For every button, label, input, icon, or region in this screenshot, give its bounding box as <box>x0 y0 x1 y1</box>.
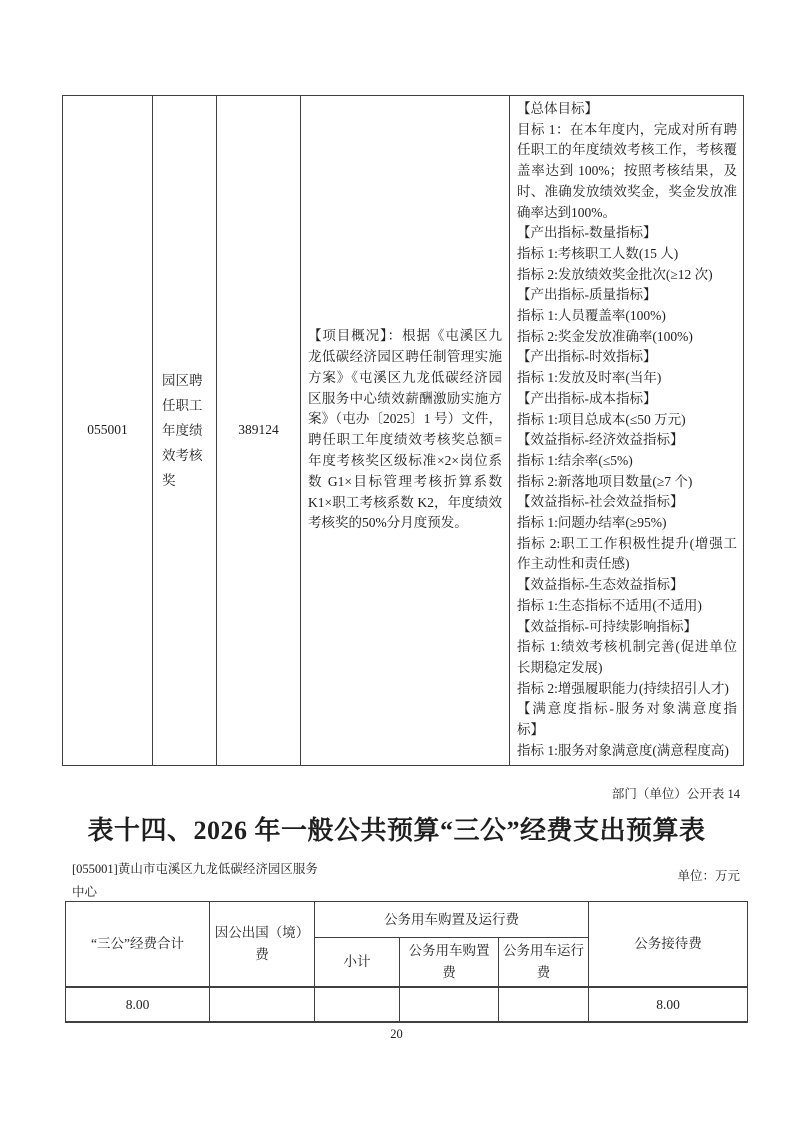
document-page: 055001 园区聘任职工年度绩效考核奖 389124 【项目概况】：根据《屯溪… <box>0 0 793 1122</box>
header-reception-cell: 公务接待费 <box>589 902 748 988</box>
table-header-row-1: “三公”经费合计 因公出国（境）费 公务用车购置及运行费 公务接待费 <box>66 902 748 938</box>
three-gong-expense-table: “三公”经费合计 因公出国（境）费 公务用车购置及运行费 公务接待费 小计 公务… <box>65 901 748 1023</box>
vehicle-operation-value-cell <box>499 987 589 1022</box>
abroad-value-cell <box>210 987 315 1022</box>
header-vehicle-group-cell: 公务用车购置及运行费 <box>315 902 589 938</box>
header-vehicle-purchase-cell: 公务用车购置费 <box>400 938 499 988</box>
page-number: 20 <box>0 1027 793 1042</box>
header-abroad-cell: 因公出国（境）费 <box>210 902 315 988</box>
sheet-header-note: 部门（单位）公开表 14 <box>612 784 740 802</box>
page-title: 表十四、2026 年一般公共预算“三公”经费支出预算表 <box>0 810 793 847</box>
table-data-row: 8.00 8.00 <box>66 987 748 1022</box>
header-vehicle-operation-cell: 公务用车运行费 <box>499 938 589 988</box>
project-overview-cell: 【项目概况】：根据《屯溪区九龙低碳经济园区聘任制管理实施方案》《屯溪区九龙低碳经… <box>301 96 510 766</box>
reception-value-cell: 8.00 <box>589 987 748 1022</box>
vehicle-purchase-value-cell <box>400 987 499 1022</box>
project-name-cell: 园区聘任职工年度绩效考核奖 <box>153 96 217 766</box>
project-indicators-cell: 【总体目标】 目标 1：在本年度内，完成对所有聘任职工的年度绩效考核工作，考核覆… <box>510 96 744 766</box>
unit-note: 单位：万元 <box>677 866 740 884</box>
organization-name: [055001]黄山市屯溪区九龙低碳经济园区服务中心 <box>72 858 328 904</box>
header-total-cell: “三公”经费合计 <box>66 902 210 988</box>
total-value-cell: 8.00 <box>66 987 210 1022</box>
project-performance-table: 055001 园区聘任职工年度绩效考核奖 389124 【项目概况】：根据《屯溪… <box>62 95 744 766</box>
project-code-cell: 055001 <box>63 96 153 766</box>
project-amount-cell: 389124 <box>217 96 301 766</box>
vehicle-subtotal-value-cell <box>315 987 400 1022</box>
table-row: 055001 园区聘任职工年度绩效考核奖 389124 【项目概况】：根据《屯溪… <box>63 96 744 766</box>
header-vehicle-subtotal-cell: 小计 <box>315 938 400 988</box>
